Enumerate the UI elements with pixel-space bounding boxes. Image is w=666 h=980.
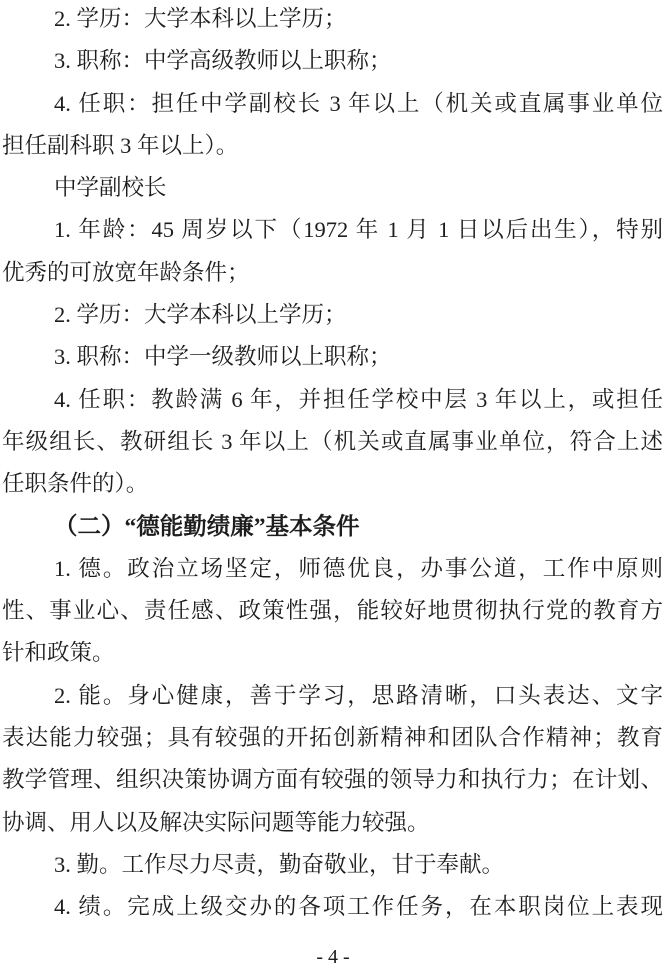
text-line: 协调、用人以及解决实际问题等能力较强。 [2,802,663,844]
text-line: 3. 职称：中学一级教师以上职称； [2,336,663,378]
text-line: 4. 任职：教龄满 6 年，并担任学校中层 3 年以上，或担任 [2,379,663,421]
text-line: 3. 职称：中学高级教师以上职称； [2,40,663,82]
text-line: 4. 绩。完成上级交办的各项工作任务，在本职岗位上表现 [2,886,663,928]
text-line: 任职条件的）。 [2,463,663,505]
document-page: 2. 学历：大学本科以上学历；3. 职称：中学高级教师以上职称；4. 任职：担任… [0,0,666,980]
text-line: 2. 能。身心健康，善于学习，思路清晰，口头表达、文字 [2,675,663,717]
page-number-footer: - 4 - [0,942,666,972]
text-line: 性、事业心、责任感、政策性强，能较好地贯彻执行党的教育方 [2,590,663,632]
text-line: 教学管理、组织决策协调方面有较强的领导力和执行力；在计划、 [2,759,663,801]
document-body: 2. 学历：大学本科以上学历；3. 职称：中学高级教师以上职称；4. 任职：担任… [2,0,663,929]
section-heading: （二）“德能勤绩廉”基本条件 [2,506,663,548]
text-line: 3. 勤。工作尽力尽责，勤奋敬业，甘于奉献。 [2,844,663,886]
text-line: 2. 学历：大学本科以上学历； [2,294,663,336]
text-line: 担任副科职 3 年以上）。 [2,125,663,167]
text-line: 年级组长、教研组长 3 年以上（机关或直属事业单位，符合上述 [2,421,663,463]
text-line: 1. 年龄：45 周岁以下（1972 年 1 月 1 日以后出生），特别 [2,209,663,251]
text-line: 针和政策。 [2,632,663,674]
text-line: 中学副校长 [2,167,663,209]
text-line: 表达能力较强；具有较强的开拓创新精神和团队合作精神；教育 [2,717,663,759]
text-line: 优秀的可放宽年龄条件； [2,252,663,294]
text-line: 2. 学历：大学本科以上学历； [2,0,663,40]
text-line: 4. 任职：担任中学副校长 3 年以上（机关或直属事业单位 [2,83,663,125]
text-line: 1. 德。政治立场坚定，师德优良，办事公道，工作中原则 [2,548,663,590]
